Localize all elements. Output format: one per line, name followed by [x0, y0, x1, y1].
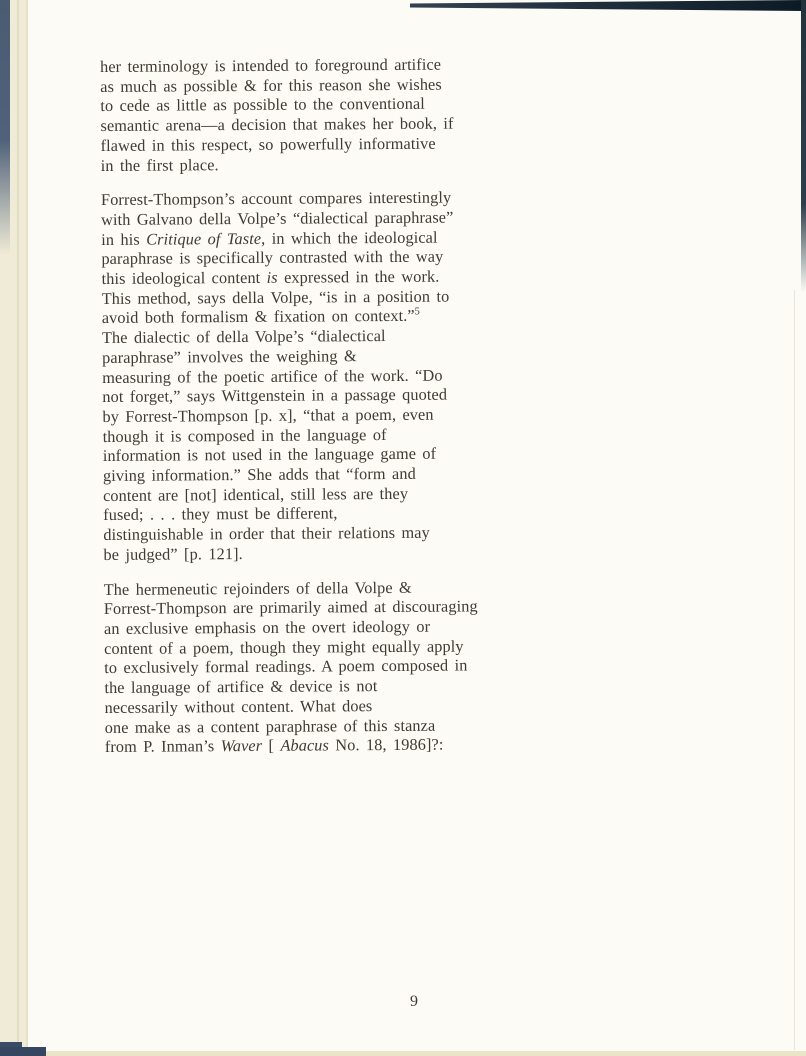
page-edge-line [17, 0, 19, 1056]
binding-shadow [0, 0, 10, 255]
text-block: her terminology is intended to foregroun… [100, 54, 515, 757]
text-line: be judged” [p. 121]. [103, 542, 513, 565]
body-paragraph: Forrest-Thompson’s account compares inte… [101, 187, 514, 564]
page-number: 9 [28, 993, 800, 1011]
body-paragraph: The hermeneutic rejoinders of della Volp… [104, 577, 515, 757]
top-edge-shadow [410, 0, 806, 11]
text-line: with Galvano della Volpe’s “dialectical … [101, 207, 511, 230]
page-edge-border [26, 0, 28, 1056]
text-line: Forrest-Thompson are primarily aimed at … [104, 596, 514, 619]
text-line: to exclusively formal readings. A poem c… [104, 656, 514, 679]
text-line: in the first place. [101, 153, 511, 176]
bottom-edge-strip [26, 1051, 806, 1056]
bottom-left-shadow [0, 1047, 46, 1056]
right-edge-shadow [801, 0, 806, 292]
page-curve-line [794, 290, 795, 1050]
book-page-scan: her terminology is intended to foregroun… [0, 0, 806, 1056]
text-line: from P. Inman’s Waver [ Abacus No. 18, 1… [105, 734, 515, 757]
text-line: semantic arena—a decision that makes her… [100, 113, 510, 136]
body-paragraph: her terminology is intended to foregroun… [100, 54, 511, 175]
